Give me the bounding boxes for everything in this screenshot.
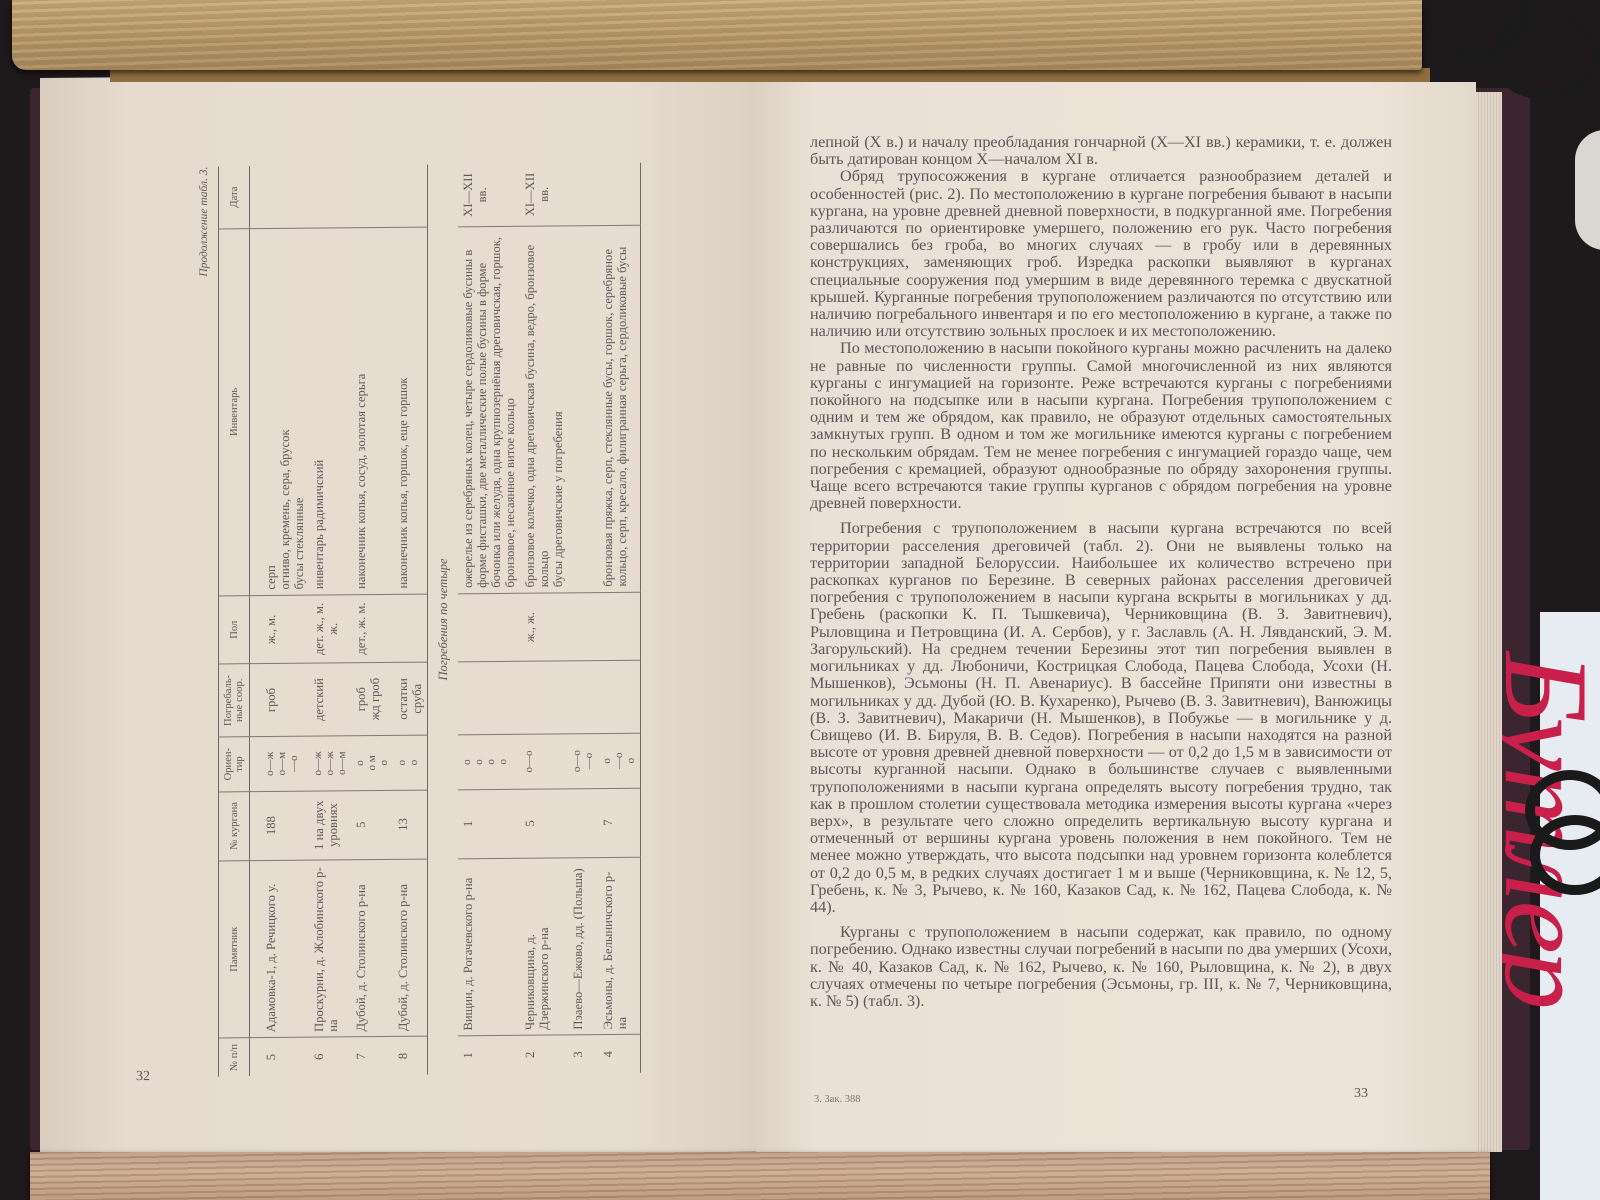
col-header-sex: Пол (219, 595, 250, 664)
col-header-structures: Погребаль-ные соор. (219, 664, 250, 737)
background-card: Бутлер (1540, 612, 1600, 1200)
cell-site: Эсьмоны, д. Белыничского р-на (598, 857, 641, 1035)
cell-inventory: инвентарь радимичский (309, 227, 351, 594)
table-caption: Продолжение табл. 3. (198, 167, 210, 277)
cell-date (250, 166, 310, 229)
page-edges (1476, 92, 1502, 1152)
paragraph: Курганы с трупоположением в насыпи содер… (810, 924, 1392, 1010)
cell-date: XI—XII вв. (520, 163, 568, 225)
cell-inventory: серп огниво, кремень, сера, брусок бусы … (250, 228, 310, 596)
cell-kurgan: 1 (458, 789, 520, 858)
cell-sex: дет. ж., м. ж. (309, 594, 351, 663)
phone-cord (1490, 10, 1600, 100)
cell-kurgan (568, 788, 598, 857)
table-row: 2 Черниковщина, д. Дзержинского р-на 5 о… (520, 163, 568, 1073)
right-page: лепной (X в.) и началу преобладания гонч… (756, 82, 1476, 1156)
cell-num: 1 (458, 1036, 520, 1075)
table-row: 4 Эсьмоны, д. Белыничского р-на 7 о —о о… (598, 163, 641, 1073)
cell-sex: ж., ж. (520, 593, 568, 662)
printer-signature: 3. Зак. 388 (814, 1094, 861, 1105)
page-number-left: 32 (136, 1069, 150, 1085)
cell-structures: детский (309, 663, 351, 736)
table-row: 8 Дубой, д. Столинского р-на 13 о о оста… (393, 165, 428, 1075)
page-number-right: 33 (1354, 1086, 1368, 1102)
burial-table: № п/п Памятник № кургана Ориен-тир Погре… (218, 163, 641, 1077)
left-page: 32 Продолжение табл. 3. № п/п Памятник №… (40, 72, 756, 1158)
wood-board-bottom (30, 1152, 1490, 1200)
cell-structures (520, 661, 568, 734)
paragraph: Погребения с трупоположением в насыпи ку… (810, 520, 1392, 916)
cell-sex (393, 594, 428, 663)
cell-inventory: наконечник копья, сосуд, золотая серьга (351, 227, 393, 594)
cell-site: Адамовка-1, д. Речицкого у. (250, 860, 310, 1038)
col-header-kurgan: № кургана (219, 791, 250, 860)
cell-orientation: о о (393, 735, 428, 790)
col-header-site: Памятник (219, 860, 250, 1038)
rotated-table-container: Продолжение табл. 3. № п/п Памятник № ку… (200, 163, 640, 1077)
cell-inventory (568, 225, 598, 592)
cell-inventory: бронзовая пряжка, серп, стеклянные бусы,… (598, 225, 641, 592)
col-header-inventory: Инвентарь (219, 228, 250, 595)
paragraph: Обряд трупосожжения в кургане отличается… (810, 168, 1392, 340)
cell-num: 3 (568, 1035, 598, 1073)
cell-orientation: о—ж о—ж о—м (309, 736, 351, 791)
col-header-date: Дата (219, 166, 250, 228)
paragraph: По местоположению в насыпи покойного кур… (810, 340, 1392, 512)
cell-sex (598, 592, 641, 661)
wood-board-shadow (110, 68, 1430, 82)
cell-date (309, 165, 351, 227)
cell-date (351, 165, 393, 227)
table-row: 1 Вищин, д. Рогачевского р-на 1 о о о о … (458, 164, 520, 1075)
cell-kurgan: 7 (598, 788, 641, 857)
cell-num: 8 (393, 1036, 428, 1074)
table-row: 3 Пэаево—Ежово, дд. (Польша) о—о —о (568, 163, 598, 1073)
table-row: 5 Адамовка-1, д. Речицкого у. 188 о—ж о—… (250, 166, 310, 1077)
cell-date: XI—XII вв. (458, 164, 520, 227)
cell-structures: гроб (250, 663, 310, 736)
cell-orientation: о —о о (598, 733, 641, 788)
cell-orientation: о—о (520, 734, 568, 789)
cell-structures (458, 661, 520, 734)
cell-structures: остатки сруба (393, 662, 428, 735)
table-row: 6 Проскурни, д. Жлобинского р-на 1 на дв… (309, 165, 351, 1075)
paragraph: лепной (X в.) и началу преобладания гонч… (810, 134, 1392, 168)
cell-kurgan: 1 на двух уровнях (309, 791, 351, 860)
cell-kurgan: 5 (351, 790, 393, 859)
cell-sex (568, 592, 598, 661)
cell-sex: дет., ж. м. (351, 594, 393, 663)
cell-site: Проскурни, д. Жлобинского р-на (309, 859, 351, 1037)
cell-sex: ж., м. (250, 595, 310, 664)
cell-site: Черниковщина, д. Дзержинского р-на (520, 857, 568, 1035)
cell-inventory: ожерелье из серебряных колец, четыре сер… (458, 226, 520, 594)
cell-orientation: о о о о (458, 734, 520, 789)
cell-num: 6 (309, 1037, 351, 1076)
table-header-row: № п/п Памятник № кургана Ориен-тир Погре… (219, 166, 250, 1076)
cell-site: Дубой, д. Столинского р-на (351, 859, 393, 1037)
col-header-num: № п/п (219, 1038, 250, 1076)
cell-num: 7 (351, 1037, 393, 1076)
table-row: 7 Дубой, д. Столинского р-на 5 о о м о г… (351, 165, 393, 1075)
cell-structures (598, 660, 641, 733)
cell-site: Вищин, д. Рогачевского р-на (458, 858, 520, 1036)
cell-inventory: наконечник копья, горшок, еще горшок (393, 227, 428, 594)
cell-date (568, 163, 598, 225)
cell-num: 4 (598, 1035, 641, 1074)
cell-kurgan: 13 (393, 790, 428, 859)
table-section-row: Погребения по четыре (428, 164, 459, 1074)
cell-site: Дубой, д. Столинского р-на (393, 859, 428, 1037)
cell-num: 5 (250, 1037, 310, 1076)
cell-orientation: о о м о (351, 735, 393, 790)
cell-structures (568, 661, 598, 734)
cell-structures: гроб жд гроб (351, 663, 393, 736)
body-text: лепной (X в.) и началу преобладания гонч… (810, 134, 1392, 1010)
cell-orientation: о—ж о—м —о (250, 736, 310, 791)
section-title: Погребения по четыре (428, 164, 459, 1074)
cell-orientation: о—о —о (568, 734, 598, 789)
wood-board-top (12, 0, 1422, 70)
cell-kurgan: 5 (520, 789, 568, 858)
cell-sex (458, 593, 520, 662)
cell-inventory: бронзовое колечко, одна дреговичская бус… (520, 225, 568, 593)
cell-date (393, 165, 428, 227)
cell-num: 2 (520, 1035, 568, 1074)
computer-mouse (1575, 130, 1600, 250)
cell-date (598, 163, 641, 225)
cell-kurgan: 188 (250, 791, 310, 860)
cell-site: Пэаево—Ежово, дд. (Польша) (568, 857, 598, 1035)
col-header-orientation: Ориен-тир (219, 737, 250, 792)
